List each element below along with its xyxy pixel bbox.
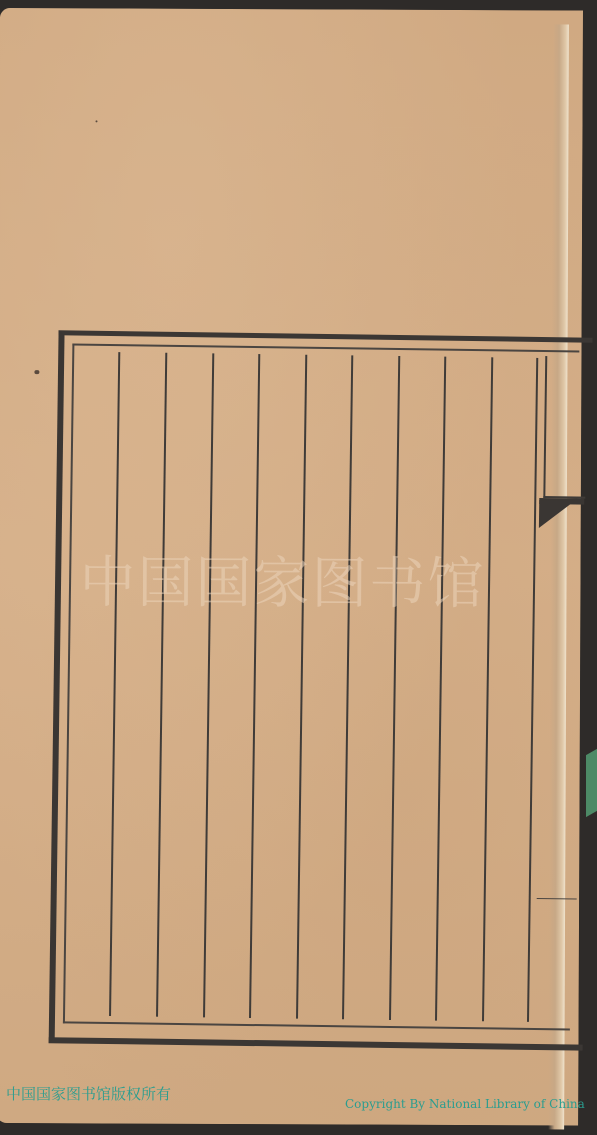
column-rule bbox=[156, 353, 167, 1017]
center-fold-box bbox=[543, 356, 587, 499]
fishtail-mark-icon bbox=[539, 500, 575, 528]
column-rule bbox=[435, 357, 446, 1021]
copyright-english: Copyright By National Library of China bbox=[345, 1097, 585, 1111]
printed-frame-inner-border bbox=[63, 343, 579, 1030]
book-page: 中国国家图书馆 bbox=[0, 8, 583, 1126]
column-rule bbox=[203, 353, 214, 1017]
ink-speck bbox=[34, 370, 39, 374]
column-rule bbox=[296, 355, 307, 1019]
column-rule bbox=[249, 354, 260, 1018]
column-rule bbox=[482, 357, 493, 1021]
column-rule bbox=[527, 358, 538, 1022]
column-rule bbox=[389, 356, 400, 1020]
column-rule bbox=[109, 352, 120, 1016]
copyright-chinese: 中国国家图书馆版权所有 bbox=[6, 1083, 171, 1104]
center-fold-divider bbox=[537, 898, 577, 900]
green-spine-tab bbox=[586, 749, 597, 817]
library-watermark: 中国国家图书馆 bbox=[79, 538, 519, 620]
ink-speck bbox=[96, 120, 98, 122]
column-rule bbox=[342, 355, 353, 1019]
printed-frame-outer-border bbox=[49, 330, 593, 1050]
